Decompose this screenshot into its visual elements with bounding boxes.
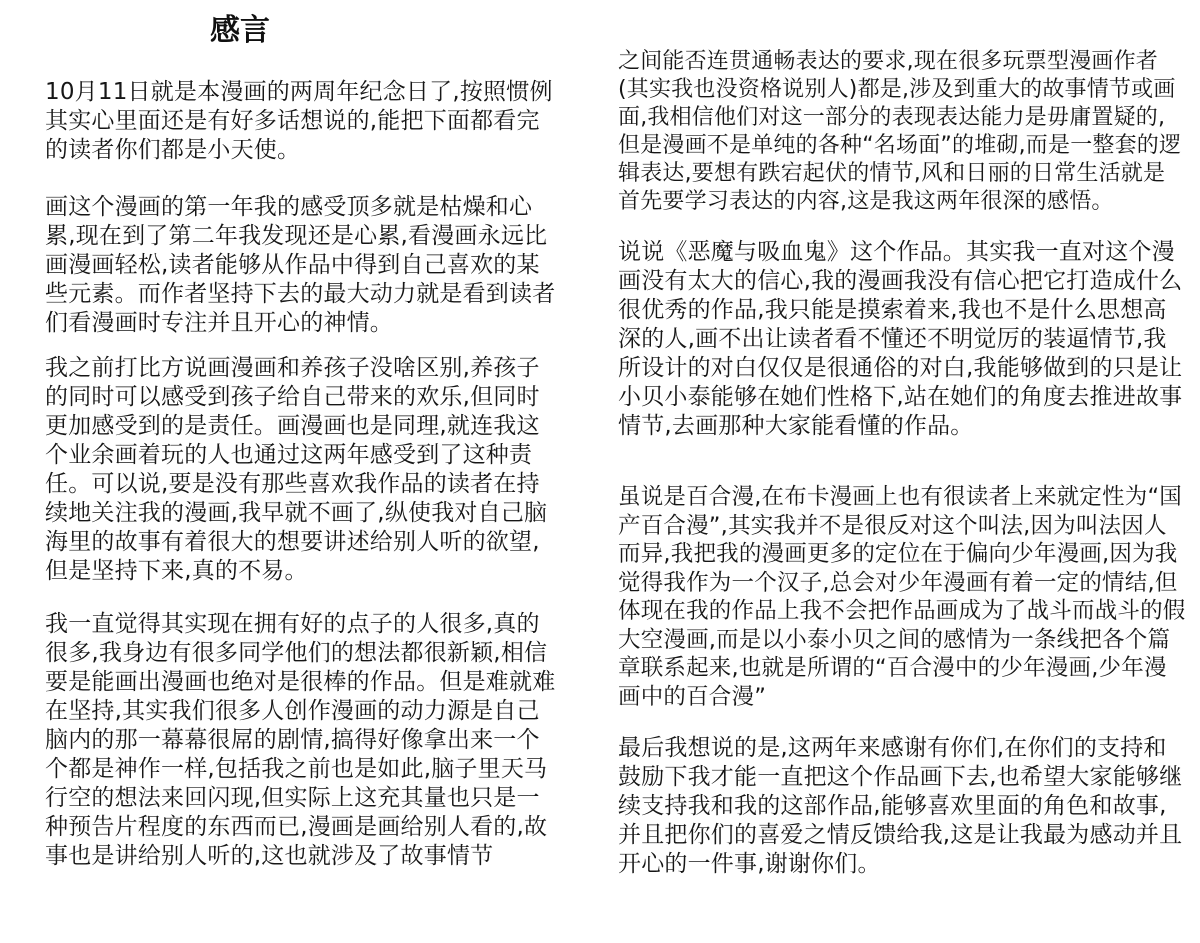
paragraph-first-year-feelings: 画这个漫画的第一年我的感受顶多就是枯燥和心累,现在到了第二年我发现还是心累,看漫…: [45, 193, 560, 338]
paragraph-raising-child-analogy: 我之前打比方说画漫画和养孩子没啥区别,养孩子的同时可以感受到孩子给自己带来的欢乐…: [45, 354, 560, 586]
afterword-page: 感言 10月11日就是本漫画的两周年纪念日了,按照惯例其实心里面还是有好多话想说…: [0, 0, 1200, 943]
paragraph-about-the-work: 说说《恶魔与吸血鬼》这个作品。其实我一直对这个漫画没有太大的信心,我的漫画我没有…: [618, 238, 1186, 441]
right-column: 之间能否连贯通畅表达的要求,现在很多玩票型漫画作者(其实我也没资格说别人)都是,…: [618, 0, 1186, 943]
paragraph-anniversary-intro: 10月11日就是本漫画的两周年纪念日了,按照惯例其实心里面还是有好多话想说的,能…: [45, 78, 560, 165]
left-column: 感言 10月11日就是本漫画的两周年纪念日了,按照惯例其实心里面还是有好多话想说…: [45, 0, 560, 943]
paragraph-yuri-shounen-positioning: 虽说是百合漫,在布卡漫画上也有很读者上来就定性为“国产百合漫”,其实我并不是很反…: [618, 483, 1186, 711]
paragraph-thanks-to-readers: 最后我想说的是,这两年来感谢有你们,在你们的支持和鼓励下我才能一直把这个作品画下…: [618, 734, 1186, 879]
paragraph-good-ideas-persistence: 我一直觉得其实现在拥有好的点子的人很多,真的很多,我身边有很多同学他们的想法都很…: [45, 610, 560, 871]
paragraph-story-expression: 之间能否连贯通畅表达的要求,现在很多玩票型漫画作者(其实我也没资格说别人)都是,…: [618, 48, 1186, 216]
page-title: 感言: [45, 12, 435, 50]
